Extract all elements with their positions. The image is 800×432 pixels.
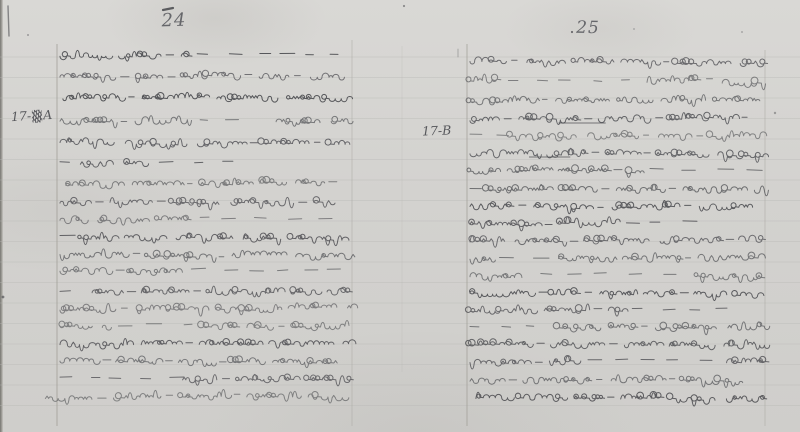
left-margin-label-suffix: A (43, 108, 53, 122)
scribbled-out-character (32, 109, 43, 123)
left-margin-label: 17- A (11, 108, 53, 124)
right-page-handwriting (465, 56, 769, 406)
scan-graphics-layer (0, 0, 800, 432)
left-page-number: 24 (152, 10, 197, 32)
left-page-handwriting (45, 50, 357, 404)
paper-marks (2, 5, 777, 299)
right-margin-label: 17-B (422, 123, 452, 138)
manuscript-scan: 24 25 17- A 17-B (0, 0, 800, 432)
right-page-number: 25 (566, 18, 610, 39)
left-margin-label-prefix: 17- (11, 109, 32, 124)
